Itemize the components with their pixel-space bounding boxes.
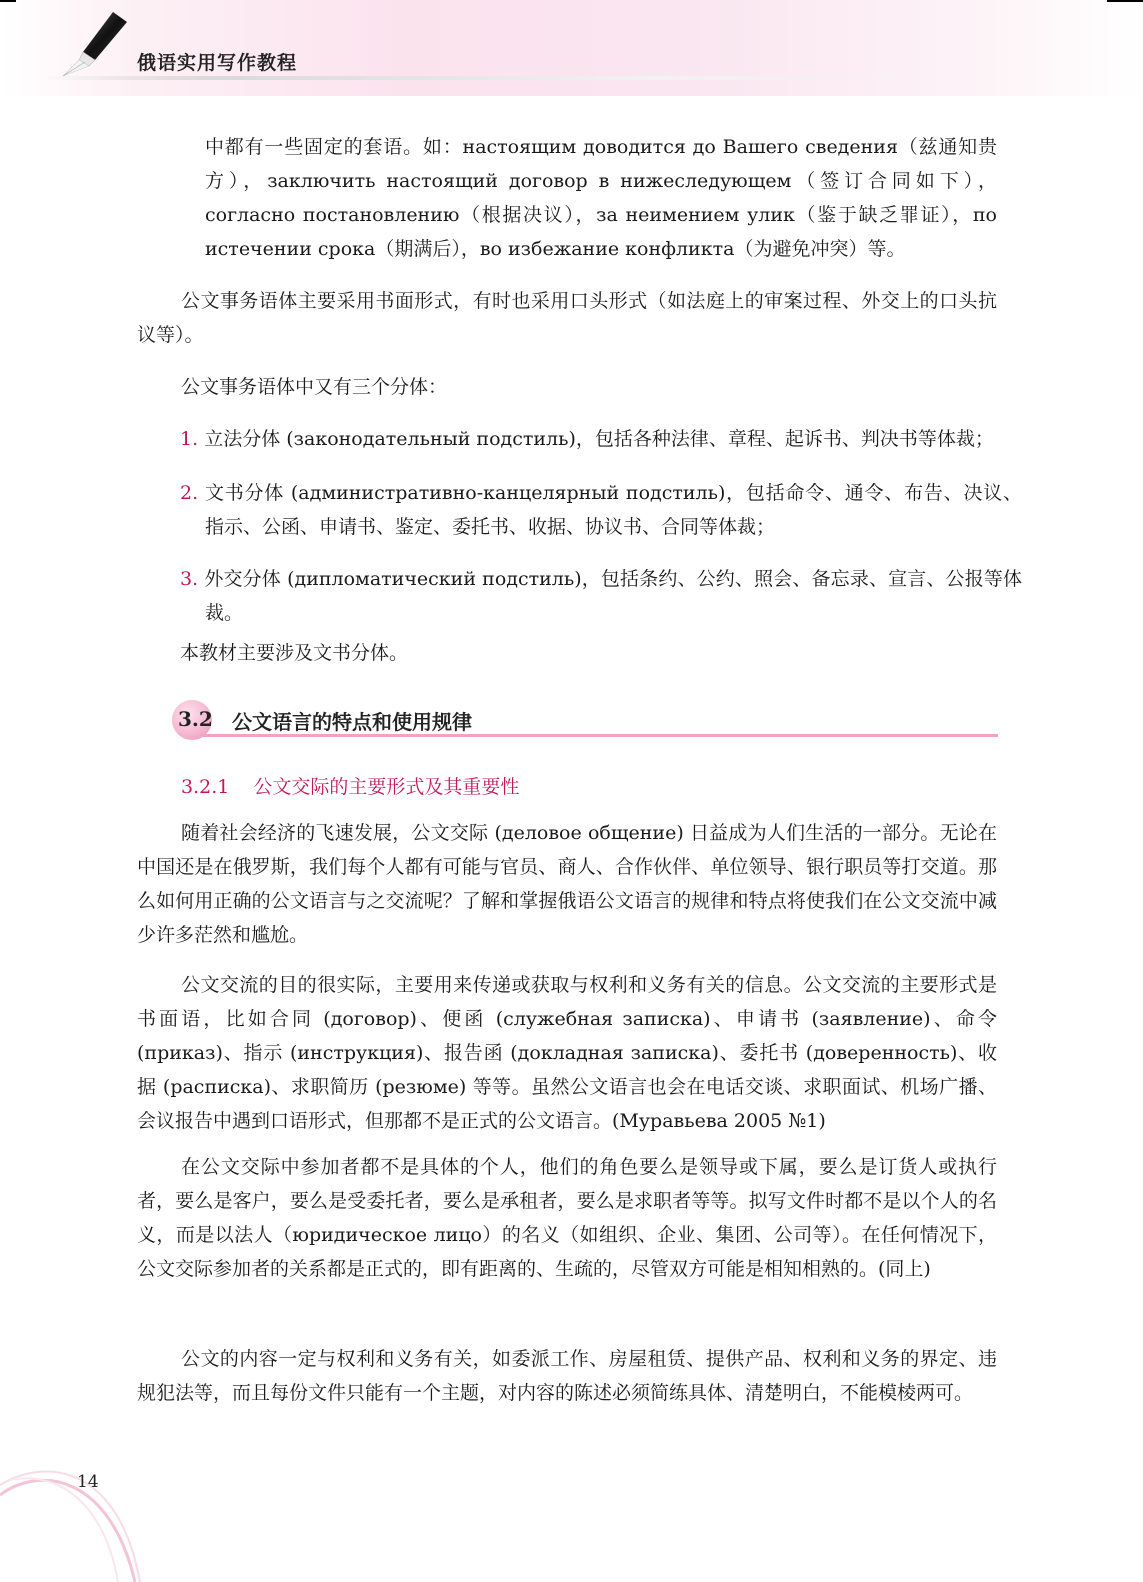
paragraph-scope: 本教材主要涉及文书分体。 — [180, 636, 997, 670]
list-number: 3. — [180, 568, 198, 590]
header-rule — [40, 76, 920, 80]
list-item: 3. 外交分体 (дипломатический подстиль)，包括条约、… — [180, 562, 1022, 630]
list-number: 2. — [180, 482, 198, 504]
paragraph: 公文的内容一定与权利和义务有关，如委派工作、房屋租赁、提供产品、权利和义务的界定… — [137, 1342, 997, 1410]
page-number: 14 — [77, 1472, 99, 1492]
paragraph: 随着社会经济的飞速发展，公文交际 (деловое общение) 日益成为人… — [137, 816, 997, 952]
section-title: 公文语言的特点和使用规律 — [232, 706, 472, 735]
paragraph: 公文交流的目的很实际，主要用来传递或获取与权利和义务有关的信息。公文交流的主要形… — [137, 968, 997, 1138]
section-number: 3.2 — [178, 707, 213, 731]
paragraph-continued: 中都有一些固定的套语。如：настоящим доводится до Ваше… — [205, 130, 997, 266]
list-item: 2. 文书分体 (административно-канцелярный под… — [180, 476, 1022, 544]
list-item: 1. 立法分体 (законодательный подстиль)，包括各种法… — [180, 422, 1022, 456]
subsection-heading: 3.2.1公文交际的主要形式及其重要性 — [181, 772, 519, 799]
paragraph-forms: 公文事务语体主要采用书面形式，有时也采用口头形式（如法庭上的审案过程、外交上的口… — [137, 284, 997, 352]
crop-mark — [1107, 0, 1143, 2]
list-text: 文书分体 (административно-канцелярный подсти… — [205, 482, 1022, 538]
paragraph-substyles-intro: 公文事务语体中又有三个分体： — [137, 370, 997, 404]
crop-mark — [0, 0, 16, 2]
list-number: 1. — [180, 428, 198, 450]
book-title: 俄语实用写作教程 — [137, 48, 297, 75]
subsection-number: 3.2.1 — [181, 776, 229, 798]
list-text: 外交分体 (дипломатический подстиль)，包括条约、公约、… — [204, 568, 1022, 624]
list-text: 立法分体 (законодательный подстиль)，包括各种法律、章… — [204, 428, 994, 450]
paragraph: 在公文交际中参加者都不是具体的个人，他们的角色要么是领导或下属，要么是订货人或执… — [137, 1150, 997, 1286]
pen-icon — [55, 8, 130, 78]
subsection-title: 公文交际的主要形式及其重要性 — [253, 776, 519, 798]
decorative-arcs — [0, 1450, 160, 1582]
